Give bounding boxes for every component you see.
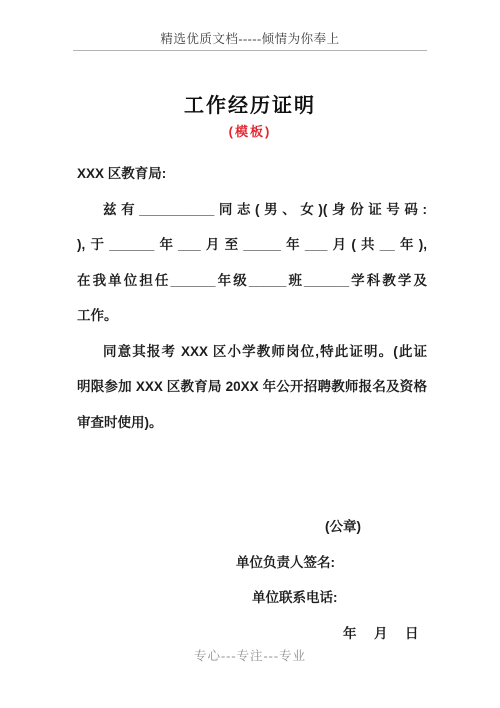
contact-phone-label: 单位联系电话: [0,580,500,616]
body-line: 同意其报考 XXX 区小学教师岗位,特此证明。(此证 [77,334,427,370]
official-seal-placeholder: (公章) [0,509,500,545]
document-subtitle: (模板) [0,124,500,139]
document-title: 工作经历证明 [0,94,500,118]
footer-slogan: 专心---专注---专业 [0,646,500,664]
body-line: 在我单位担任______年级_____班______学科教学及 [77,263,427,299]
header-slogan: 精选优质文档-----倾情为你奉上 [160,29,339,47]
body-line: ),于______年___月至_____年___月(共__年), [77,227,427,263]
body-line: 明限参加 XXX 区教育局 20XX 年公开招聘教师报名及资格 [77,369,427,405]
body-line: 审查时使用)。 [77,405,427,441]
document-header: 精选优质文档-----倾情为你奉上 [73,0,427,51]
signature-block: (公章) 单位负责人签名: 单位联系电话: 年 月 日 [0,509,500,651]
body-line: 工作。 [77,298,427,334]
document-page: 精选优质文档-----倾情为你奉上 工作经历证明 (模板) XXX 区教育局: … [0,0,500,708]
document-body: XXX 区教育局: 兹有__________同志(男、女)(身份证号码: ),于… [77,156,427,440]
addressee-line: XXX 区教育局: [77,156,427,192]
body-line: 兹有__________同志(男、女)(身份证号码: [77,192,427,228]
signer-name-label: 单位负责人签名: [0,545,500,581]
